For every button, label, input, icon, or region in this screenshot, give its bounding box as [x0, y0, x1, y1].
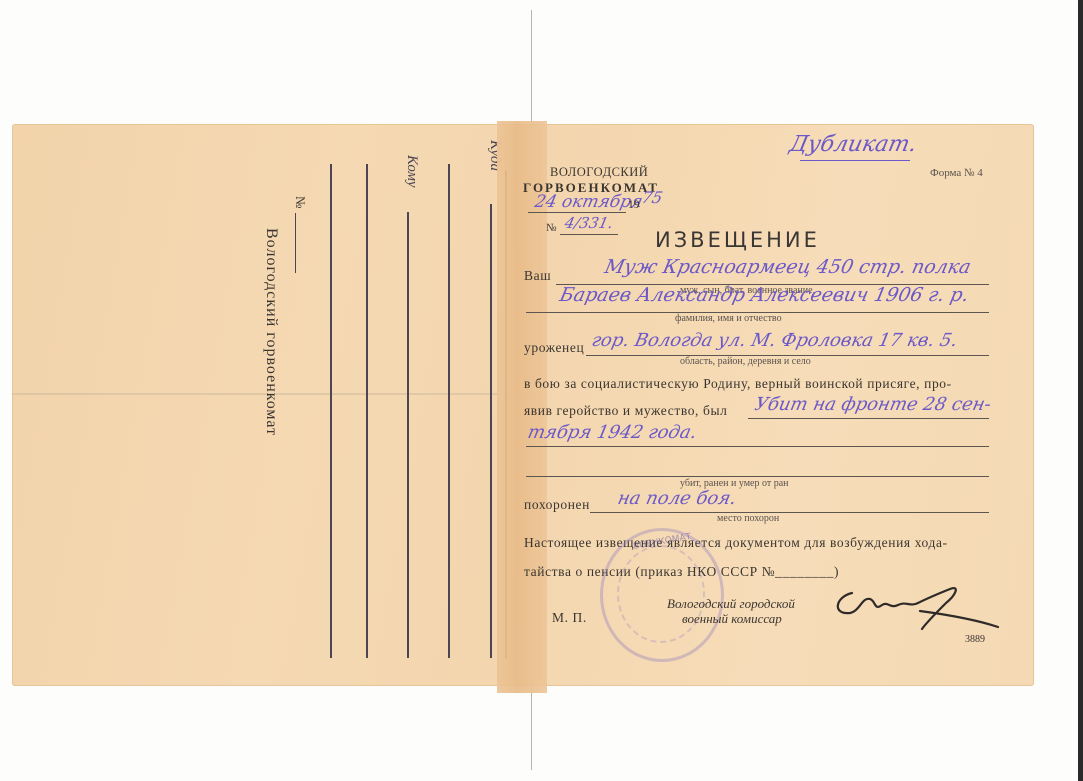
your-label: Ваш [524, 268, 551, 284]
buried-label: похоронен [524, 497, 590, 513]
ref-number-line [560, 234, 618, 235]
seal-inner-ring [617, 545, 705, 643]
native-caption: область, район, деревня и село [680, 356, 811, 367]
name-caption: фамилия, имя и отчество [675, 313, 782, 324]
form-number: Форма № 4 [930, 167, 983, 179]
fate-line-3 [526, 476, 989, 477]
address-number-line [295, 213, 296, 273]
fate-handwritten-1: Убит на фронте 28 сен- [753, 394, 993, 415]
name-handwritten: Бараев Александр Алексеевич 1906 г. р. [558, 284, 971, 306]
date-line [528, 212, 626, 213]
address-line-4 [448, 164, 450, 658]
duplicate-underline [800, 160, 910, 161]
native-handwritten: гор. Вологда ул. М. Фроловка 17 кв. 5. [590, 330, 960, 351]
address-number-label: № [292, 196, 308, 208]
year-handwritten: 75 [640, 188, 664, 207]
fate-handwritten-2: тября 1942 года. [526, 422, 699, 443]
address-line-3 [407, 212, 409, 658]
scan-edge [1078, 0, 1083, 781]
relation-handwritten: Муж Красноармеец 450 стр. полка [603, 256, 973, 278]
ref-number-handwritten: 4/331. [563, 214, 615, 232]
buried-caption: место похорон [717, 513, 779, 524]
address-line-1 [330, 164, 332, 658]
signer-title-line-1: Вологодский городской [667, 596, 795, 612]
body-line-2: явив геройство и мужество, был [524, 403, 727, 419]
buried-line [590, 512, 989, 513]
fate-line-1 [748, 418, 989, 419]
signature-icon [830, 583, 1000, 633]
to-whom-label: Кому [403, 155, 420, 188]
buried-handwritten: на поле боя. [616, 488, 739, 509]
duplicate-note: Дубликат. [787, 132, 919, 157]
print-code: 3889 [965, 634, 985, 645]
official-seal: ВОЕНКОМАТ [600, 528, 724, 662]
address-line-2 [366, 164, 368, 658]
body-line-1: в бою за социалистическую Родину, верный… [524, 376, 952, 392]
native-label: уроженец [524, 340, 584, 356]
org-line-1: ВОЛОГОДСКИЙ [550, 165, 648, 180]
notice-line-1: Настоящее извещение является документом … [524, 535, 948, 551]
address-line-5 [490, 204, 492, 658]
org-vertical-label: Вологодский горвоенкомат [262, 228, 280, 436]
ref-number-label: № [546, 222, 557, 234]
year-printed: 19 [628, 199, 640, 211]
fate-line-2 [526, 446, 989, 447]
seal-label: М. П. [552, 610, 587, 626]
document-title: ИЗВЕЩЕНИЕ [655, 228, 820, 252]
signer-title-line-2: военный комиссар [682, 611, 782, 627]
